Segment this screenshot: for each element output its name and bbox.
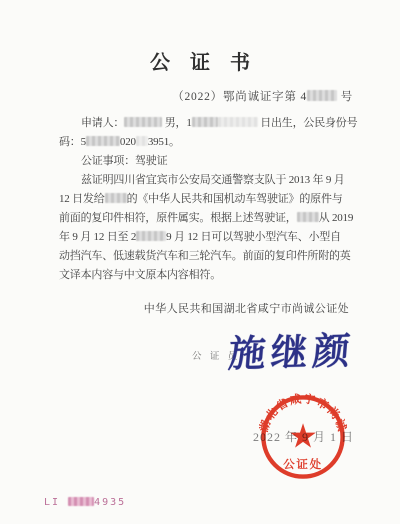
notary-office-line: 中华人民共和国湖北省咸宁市尚诚公证处 — [0, 300, 349, 316]
body-text-segment: 3951。 — [148, 136, 180, 148]
seal-star-icon: ★ — [288, 419, 318, 456]
body-line: 文译本内容与中文原本内容相符。 — [59, 266, 358, 285]
redaction-block — [124, 117, 162, 127]
redaction-block — [136, 136, 148, 146]
body-line: 动挡汽车、低速载货汽车和三轮汽车。前面的复印件所附的英 — [59, 247, 358, 266]
serial-redaction — [68, 497, 94, 506]
redaction-block — [192, 117, 218, 127]
serial-suffix: 4935 — [94, 497, 126, 508]
cert-number-prefix: （2022）鄂尚诚证字第 4 — [172, 91, 307, 103]
body-text-segment: 12 日发给 — [59, 193, 105, 205]
body-line: 码：50203951。 — [59, 133, 358, 152]
cert-number: （2022）鄂尚诚证字第 4 号 — [172, 88, 353, 104]
redaction-block — [136, 231, 166, 241]
cert-number-suffix: 号 — [337, 91, 353, 103]
body-text-segment: 文译本内容与中文原本内容相符。 — [59, 269, 221, 281]
body-text-segment: 码：5 — [59, 136, 86, 148]
body-line: 兹证明四川省宜宾市公安局交通警察支队于 2013 年 9 月 — [59, 171, 358, 190]
notary-signature: 施继颜 — [227, 320, 358, 377]
body-text-segment: 9 月 12 日可以驾驶小型汽车、小型自 — [166, 231, 341, 243]
body-text-segment: 日出生，公民身份号 — [258, 117, 358, 129]
notary-seal: 湖北省咸宁市尚诚 ★ 公证处 — [259, 393, 347, 481]
body-text-segment: 申请人： — [81, 117, 124, 129]
body-text-segment: 男，1 — [162, 117, 191, 129]
body-text-segment: 020 — [120, 136, 136, 148]
body-text-segment: 公证事项：驾驶证 — [81, 155, 167, 167]
body-line: 公证事项：驾驶证 — [59, 152, 358, 171]
body-line: 申请人： 男，1 日出生，公民身份号 — [59, 114, 358, 133]
body-text-segment: 的《中华人民共和国机动车驾驶证》的原件与 — [127, 193, 343, 205]
serial-number: LI 4935 — [44, 497, 126, 508]
body-lines: 申请人： 男，1 日出生，公民身份号码：50203951。公证事项：驾驶证兹证明… — [59, 114, 358, 285]
body-text-segment: 前面的复印件相符，原件属实。根据上述驾驶证， — [59, 212, 297, 224]
page-title: 公 证 书 — [0, 46, 400, 75]
redaction-block — [86, 136, 120, 146]
cert-number-redaction — [307, 90, 337, 101]
body-text-segment: 动挡汽车、低速载货汽车和三轮汽车。前面的复印件所附的英 — [59, 250, 351, 262]
serial-prefix: LI — [44, 497, 60, 508]
body-line: 12 日发给的《中华人民共和国机动车驾驶证》的原件与 — [59, 190, 358, 209]
body-text-segment: 兹证明四川省宜宾市公安局交通警察支队于 2013 年 9 月 — [81, 174, 345, 186]
seal-bottom-text: 公证处 — [283, 457, 323, 471]
body-text-segment: 从 2019 — [319, 212, 354, 224]
body-text-segment: 年 9 月 12 日至 2 — [59, 231, 136, 243]
body-line: 年 9 月 12 日至 29 月 12 日可以驾驶小型汽车、小型自 — [59, 228, 358, 247]
redaction-block — [105, 193, 127, 203]
body-line: 前面的复印件相符，原件属实。根据上述驾驶证，从 2019 — [59, 209, 358, 228]
redaction-block — [297, 212, 319, 222]
notarial-certificate-page: 公 证 书 （2022）鄂尚诚证字第 4 号 申请人： 男，1 日出生，公民身份… — [0, 0, 400, 524]
redaction-block — [218, 117, 258, 127]
